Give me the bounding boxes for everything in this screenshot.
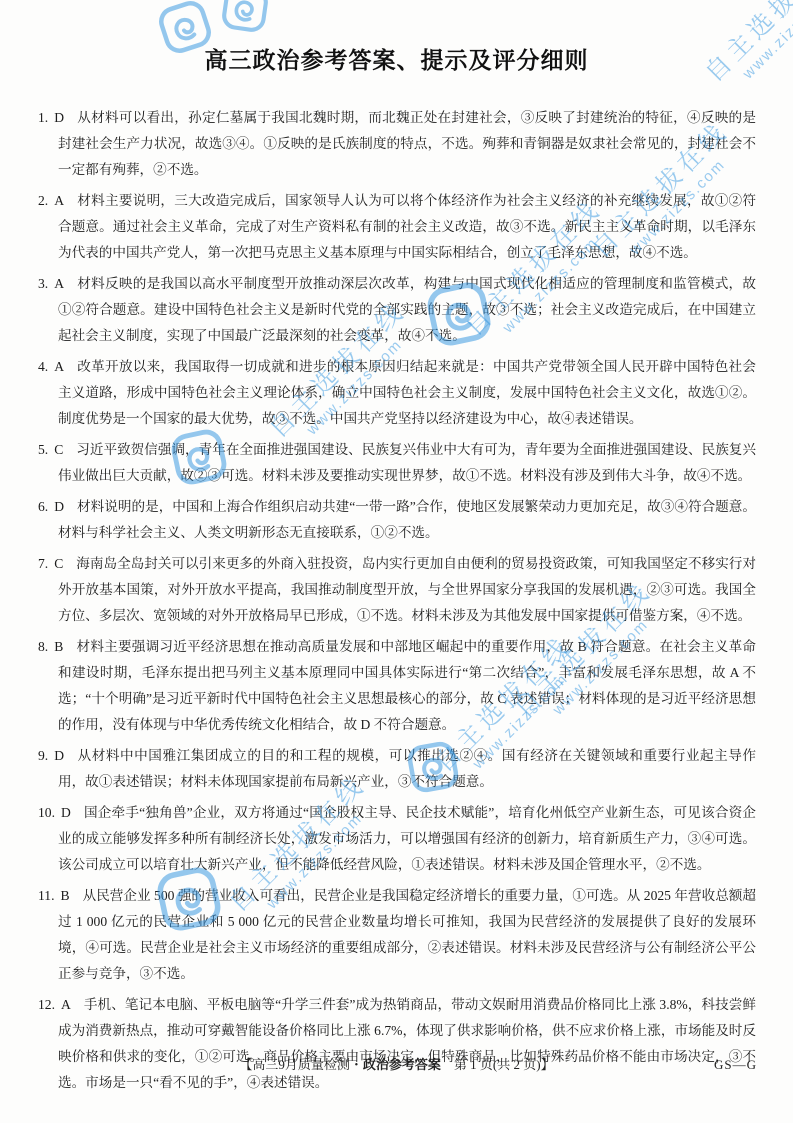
answer-choice: A — [61, 997, 71, 1012]
answer-choice: C — [54, 442, 63, 457]
answer-text: 海南岛全岛封关可以引来更多的外商入驻投资，岛内实行更加自由便利的贸易投资政策，可… — [58, 556, 756, 623]
answer-choice: B — [61, 888, 70, 903]
footer-page-number: 第 1 页(共 2 页)】 — [441, 1057, 554, 1072]
answer-number: 2. — [38, 193, 48, 208]
answer-choice: D — [61, 805, 71, 820]
answer-number: 10. — [38, 805, 55, 820]
answer-text: 手机、笔记本电脑、平板电脑等“升学三件套”成为热销商品，带动文娱耐用消费品价格同… — [58, 997, 756, 1090]
answer-item: 9.D从材料中中国雅江集团成立的目的和工程的规模，可以推出选②④。国有经济在关键… — [38, 743, 756, 795]
page-title: 高三政治参考答案、提示及评分细则 — [0, 0, 793, 75]
document-page: 自主选拔在线www.zizzs.com 自主选拔在线www.zizzs.com … — [0, 0, 793, 1123]
answer-number: 7. — [38, 556, 48, 571]
answer-text: 习近平致贺信强调，青年在全面推进强国建设、民族复兴伟业中大有可为，青年要为全面推… — [58, 442, 756, 483]
answer-text: 从民营企业 500 强的营业收入可看出，民营企业是我国稳定经济增长的重要力量，①… — [58, 888, 756, 981]
answer-choice: B — [54, 639, 63, 654]
answer-number: 6. — [38, 499, 48, 514]
answer-text: 改革开放以来，我国取得一切成就和进步的根本原因归结起来就是：中国共产党带领全国人… — [58, 359, 756, 426]
answer-item: 3.A材料反映的是我国以高水平制度型开放推动深层次改革，构建与中国式现代化相适应… — [38, 271, 756, 349]
answer-item: 2.A材料主要说明，三大改造完成后，国家领导人认为可以将个体经济作为社会主义经济… — [38, 188, 756, 266]
footer-exam-name: 【高三9月质量检测・ — [239, 1057, 363, 1072]
answer-item: 6.D材料说明的是，中国和上海合作组织启动共建“一带一路”合作，使地区发展繁荣动… — [38, 494, 756, 546]
answer-choice: A — [54, 276, 64, 291]
answer-text: 材料主要说明，三大改造完成后，国家领导人认为可以将个体经济作为社会主义经济的补充… — [58, 193, 756, 260]
answer-item: 5.C习近平致贺信强调，青年在全面推进强国建设、民族复兴伟业中大有可为，青年要为… — [38, 437, 756, 489]
answer-choice: D — [54, 110, 64, 125]
answer-item: 8.B材料主要强调习近平经济思想在推动高质量发展和中部地区崛起中的重要作用，故 … — [38, 634, 756, 738]
answer-choice: C — [54, 556, 63, 571]
answer-number: 4. — [38, 359, 48, 374]
answer-choice: D — [54, 499, 64, 514]
answer-number: 5. — [38, 442, 48, 457]
answers-list: 1.D从材料可以看出，孙定仁墓属于我国北魏时期，而北魏正处在封建社会，③反映了封… — [0, 105, 793, 1096]
answer-choice: D — [54, 748, 64, 763]
answer-text: 国企牵手“独角兽”企业，双方将通过“国企股权主导、民企技术赋能”，培育化州低空产… — [58, 805, 756, 872]
answer-item: 4.A改革开放以来，我国取得一切成就和进步的根本原因归结起来就是：中国共产党带领… — [38, 354, 756, 432]
footer-subject: 政治参考答案 — [363, 1057, 441, 1072]
answer-item: 11.B从民营企业 500 强的营业收入可看出，民营企业是我国稳定经济增长的重要… — [38, 883, 756, 987]
footer-caption: 【高三9月质量检测・政治参考答案 第 1 页(共 2 页)】 — [0, 1054, 793, 1076]
answer-number: 11. — [38, 888, 55, 903]
answer-item: 1.D从材料可以看出，孙定仁墓属于我国北魏时期，而北魏正处在封建社会，③反映了封… — [38, 105, 756, 183]
answer-number: 1. — [38, 110, 48, 125]
answer-number: 9. — [38, 748, 48, 763]
footer-code: GS—G — [714, 1054, 757, 1076]
answer-text: 材料反映的是我国以高水平制度型开放推动深层次改革，构建与中国式现代化相适应的管理… — [58, 276, 756, 343]
answer-choice: A — [54, 193, 64, 208]
answer-item: 10.D国企牵手“独角兽”企业，双方将通过“国企股权主导、民企技术赋能”，培育化… — [38, 800, 756, 878]
answer-text: 从材料可以看出，孙定仁墓属于我国北魏时期，而北魏正处在封建社会，③反映了封建统治… — [58, 110, 756, 177]
answer-number: 8. — [38, 639, 48, 654]
answer-item: 12.A手机、笔记本电脑、平板电脑等“升学三件套”成为热销商品，带动文娱耐用消费… — [38, 992, 756, 1096]
answer-number: 3. — [38, 276, 48, 291]
page-footer: 【高三9月质量检测・政治参考答案 第 1 页(共 2 页)】 GS—G — [0, 1054, 793, 1076]
answer-item: 7.C海南岛全岛封关可以引来更多的外商入驻投资，岛内实行更加自由便利的贸易投资政… — [38, 551, 756, 629]
answer-choice: A — [54, 359, 64, 374]
answer-text: 材料说明的是，中国和上海合作组织启动共建“一带一路”合作，使地区发展繁荣动力更加… — [58, 499, 756, 540]
answer-text: 从材料中中国雅江集团成立的目的和工程的规模，可以推出选②④。国有经济在关键领域和… — [58, 748, 756, 789]
answer-number: 12. — [38, 997, 55, 1012]
answer-text: 材料主要强调习近平经济思想在推动高质量发展和中部地区崛起中的重要作用，故 B 符… — [58, 639, 756, 732]
